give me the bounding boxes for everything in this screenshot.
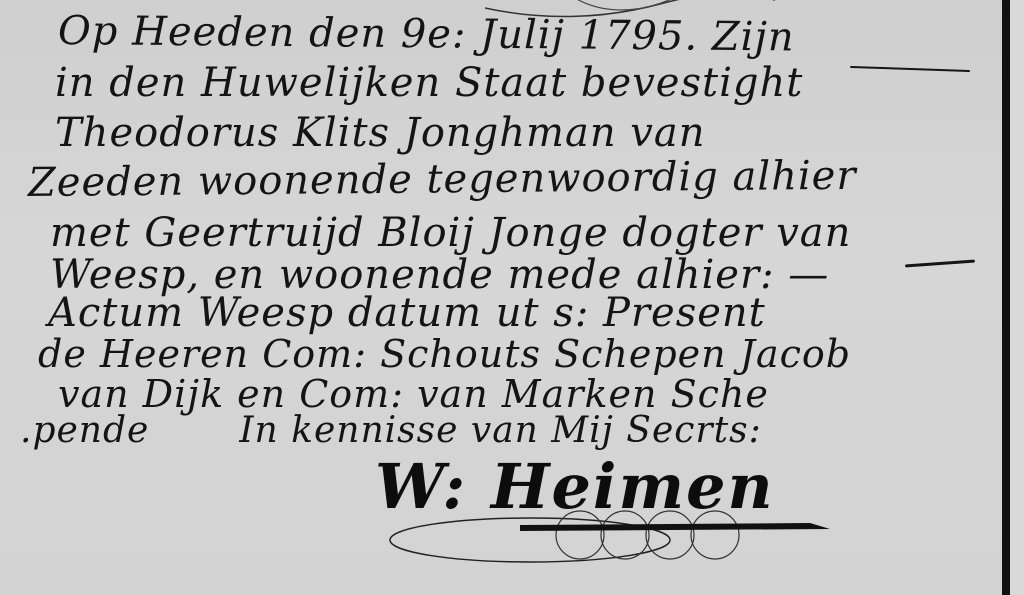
record-line-10a: .pende <box>20 410 149 451</box>
line-end-stroke <box>850 66 970 72</box>
record-line-5: met Geertruijd Bloij Jonge dogter van <box>50 210 851 256</box>
record-line-2: in den Huwelijken Staat bevestight <box>55 60 803 106</box>
record-line-10b: In kennisse van Mij Secrts: <box>239 410 761 451</box>
binding-edge <box>1002 0 1010 595</box>
signature-flourish <box>380 495 860 585</box>
record-line-3: Theodorus Klits Jonghman van <box>55 110 706 156</box>
page-margin <box>1010 0 1024 595</box>
record-line-1: Op Heeden den 9e: Julij 1795. Zijn <box>58 8 795 60</box>
record-line-7: Actum Weesp datum ut s: Present <box>48 290 766 336</box>
line-end-dash <box>905 260 975 268</box>
scanned-page: Op Heeden den 9e: Julij 1795. Zijn in de… <box>0 0 1002 595</box>
record-line-10: .pendeIn kennisse van Mij Secrts: <box>20 410 762 451</box>
record-line-8: de Heeren Com: Schouts Schepen Jacob <box>38 332 851 376</box>
record-line-4: Zeeden woonende tegenwoordig alhier <box>28 153 857 206</box>
